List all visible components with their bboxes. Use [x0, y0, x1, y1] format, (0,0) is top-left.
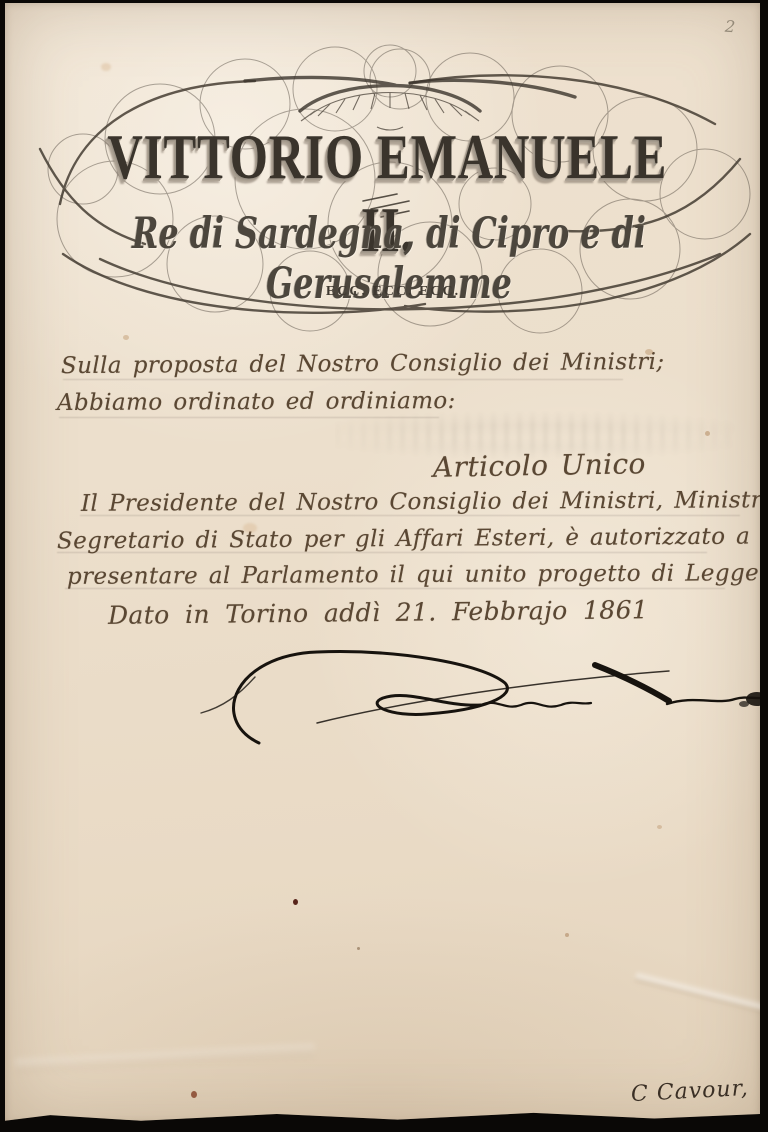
date-line: Dato in Torino addì 21. Febbrajo 1861 — [108, 595, 649, 630]
scanned-document: VITTORIO EMANUELE II. Re di Sardegna, di… — [0, 0, 768, 1132]
paper-sheet: VITTORIO EMANUELE II. Re di Sardegna, di… — [5, 3, 760, 1123]
handwritten-line: Sulla proposta del Nostro Consiglio dei … — [61, 349, 665, 379]
page-number-annotation: 2 — [724, 17, 735, 37]
paper-stain — [565, 933, 569, 937]
handwritten-line: Abbiamo ordinato ed ordiniamo: — [57, 388, 456, 416]
paper-stain — [191, 1091, 197, 1098]
handwritten-line: presentare al Parlamento il qui unito pr… — [67, 560, 767, 590]
guide-line — [63, 379, 623, 380]
paper-crease — [634, 971, 768, 1024]
paper-stain — [357, 947, 360, 950]
handwritten-line: Segretario di Stato per gli Affari Ester… — [57, 524, 750, 555]
etcetera-line: ECC. ECC. ECC. — [9, 284, 768, 300]
paper-crease — [15, 1043, 315, 1073]
handwritten-line: Il Presidente del Nostro Consiglio dei M… — [81, 487, 768, 517]
countersignature: C Cavour, — [630, 1076, 749, 1107]
paper-stain — [657, 825, 662, 829]
royal-signature — [197, 643, 768, 757]
paper-stain — [293, 899, 298, 905]
article-heading: Articolo Unico — [433, 447, 646, 484]
